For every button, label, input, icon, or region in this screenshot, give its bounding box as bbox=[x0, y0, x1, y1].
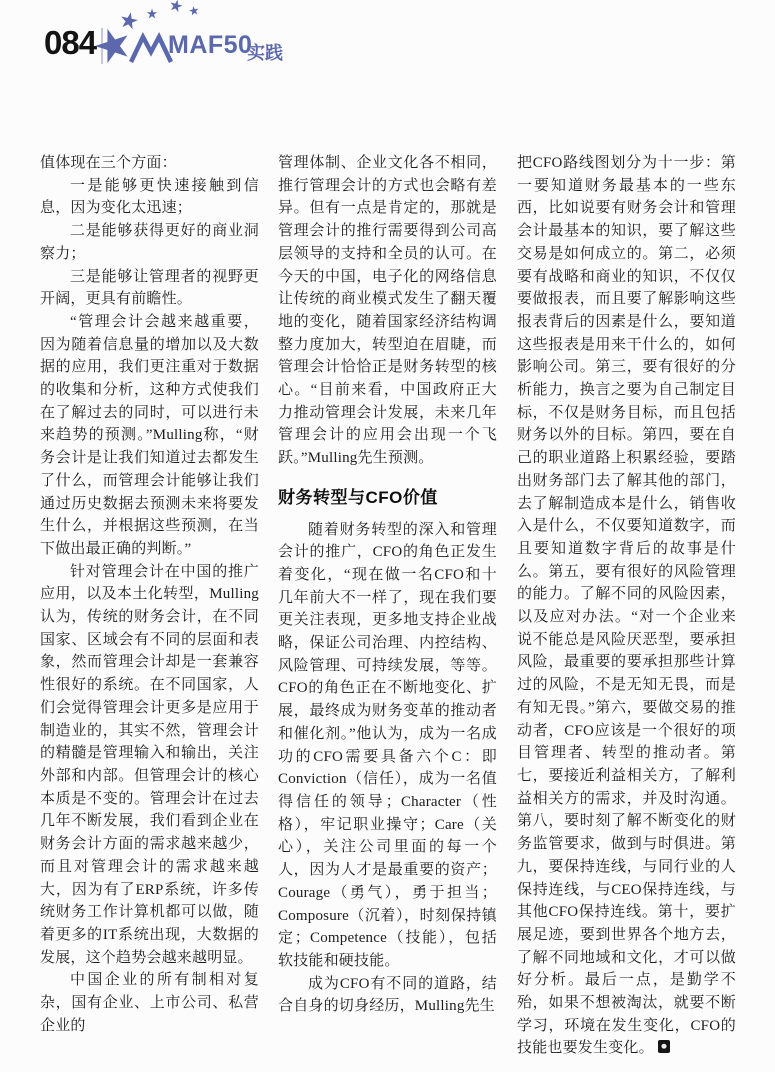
brand-name: MAF50 bbox=[168, 31, 252, 60]
paragraph: 成为CFO有不同的道路，结合自身的切身经历，Mulling先生 bbox=[278, 973, 497, 1018]
article-end-mark-icon bbox=[658, 1040, 670, 1053]
star-icon bbox=[188, 5, 199, 16]
paragraph: “管理会计会越来越重要，因为随着信息量的增加以及大数据的应用，我们更注重对于数据… bbox=[40, 311, 259, 561]
page-header: 084 MAF50 实践 bbox=[0, 0, 775, 110]
paragraph: 值体现在三个方面： bbox=[40, 152, 259, 175]
paragraph: 一是能够更快速接触到信息，因为变化太迅速； bbox=[40, 175, 259, 220]
text-column-1: 值体现在三个方面：一是能够更快速接触到信息，因为变化太迅速；二是能够获得更好的商… bbox=[40, 152, 259, 1032]
text-column-2: 管理体制、企业文化各不相同，推行管理会计的方式也会略有差异。但有一点是肯定的，那… bbox=[278, 152, 497, 1032]
page-number: 084 bbox=[44, 24, 96, 62]
paragraph: 随着财务转型的深入和管理会计的推广，CFO的角色正发生着变化，“现在做一名CFO… bbox=[278, 519, 497, 973]
logo-m-mark-icon bbox=[132, 37, 170, 60]
section-heading: 财务转型与CFO价值 bbox=[278, 487, 497, 510]
paragraph: 针对管理会计在中国的推广应用，以及本土化转型，Mulling认为，传统的财务会计… bbox=[40, 561, 259, 970]
paragraph: 中国企业的所有制相对复杂，国有企业、上市公司、私营企业的 bbox=[40, 969, 259, 1037]
paragraph: 管理体制、企业文化各不相同，推行管理会计的方式也会略有差异。但有一点是肯定的，那… bbox=[278, 152, 497, 470]
section-name: 实践 bbox=[247, 39, 283, 65]
star-icon bbox=[169, 0, 184, 13]
paragraph: 二是能够获得更好的商业洞察力； bbox=[40, 220, 259, 265]
star-icon bbox=[119, 10, 139, 29]
star-icon bbox=[147, 9, 157, 19]
magazine-page: { "header": { "page_number": "084", "bra… bbox=[0, 0, 775, 1072]
paragraph: 三是能够让管理者的视野更开阔，更具有前瞻性。 bbox=[40, 266, 259, 311]
text-column-3: 把CFO路线图划分为十一步：第一要知道财务最基本的一些东西，比如说要有财务会计和… bbox=[517, 152, 736, 1032]
star-icon bbox=[91, 24, 134, 66]
paragraph: 把CFO路线图划分为十一步：第一要知道财务最基本的一些东西，比如说要有财务会计和… bbox=[517, 152, 736, 1060]
